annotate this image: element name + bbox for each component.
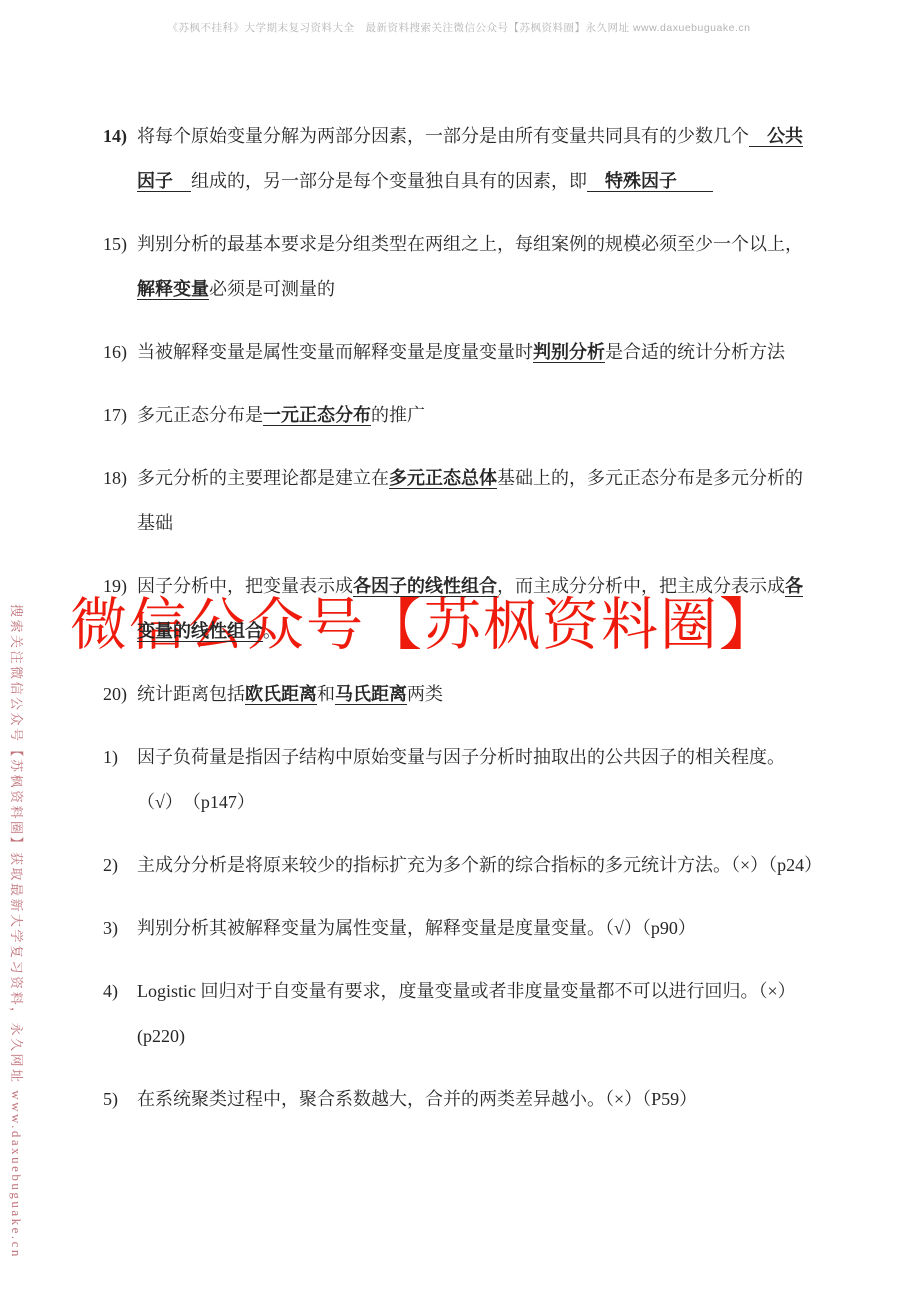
item-number: 20): [103, 672, 137, 717]
item-line: 判别分析的最基本要求是分组类型在两组之上，每组案例的规模必须至少一个以上，: [137, 222, 843, 267]
item-body: 判别分析的最基本要求是分组类型在两组之上，每组案例的规模必须至少一个以上，解释变…: [137, 222, 843, 312]
key-term: 解释变量: [137, 279, 209, 299]
item-number: 3): [103, 906, 137, 951]
key-term: 马氏距离: [335, 684, 407, 704]
item-body: Logistic 回归对于自变量有要求，度量变量或者非度量变量都不可以进行回归。…: [137, 969, 843, 1059]
item-body: 统计距离包括欧氏距离和马氏距离两类: [137, 672, 843, 717]
key-term: [677, 171, 713, 191]
list-item: 16)当被解释变量是属性变量而解释变量是度量变量时判别分析是合适的统计分析方法: [103, 330, 843, 375]
item-body: 多元分析的主要理论都是建立在多元正态总体基础上的，多元正态分布是多元分析的基础: [137, 456, 843, 546]
text-run: 在系统聚类过程中，聚合系数越大，合并的两类差异越小。（×）（P59）: [137, 1089, 697, 1109]
item-number: 1): [103, 735, 137, 825]
list-item: 14)将每个原始变量分解为两部分因素，一部分是由所有变量共同具有的少数几个 公共…: [103, 114, 843, 204]
text-run: （√） （p147）: [137, 792, 255, 812]
text-run: 当被解释变量是属性变量而解释变量是度量变量时: [137, 342, 533, 362]
item-body: 判别分析其被解释变量为属性变量，解释变量是度量变量。（√）（p90）: [137, 906, 843, 951]
item-body: 将每个原始变量分解为两部分因素，一部分是由所有变量共同具有的少数几个 公共因子 …: [137, 114, 843, 204]
list-item: 17)多元正态分布是一元正态分布的推广: [103, 393, 843, 438]
item-line: 基础: [137, 501, 843, 546]
item-line: (p220): [137, 1014, 843, 1059]
list-item: 1)因子负荷量是指因子结构中原始变量与因子分析时抽取出的公共因子的相关程度。（√…: [103, 735, 843, 825]
item-number: 4): [103, 969, 137, 1059]
key-term: 一元正态分布: [263, 405, 371, 425]
item-body: 在系统聚类过程中，聚合系数越大，合并的两类差异越小。（×）（P59）: [137, 1077, 843, 1122]
item-line: （√） （p147）: [137, 780, 843, 825]
item-body: 当被解释变量是属性变量而解释变量是度量变量时判别分析是合适的统计分析方法: [137, 330, 843, 375]
key-term: [587, 171, 605, 191]
item-line: 主成分分析是将原来较少的指标扩充为多个新的综合指标的多元统计方法。（×）（p24…: [137, 843, 843, 888]
list-item: 19)因子分析中，把变量表示成各因子的线性组合，而主成分分析中，把主成分表示成各…: [103, 564, 843, 654]
key-term: 因子: [137, 171, 173, 191]
text-run: 和: [317, 684, 335, 704]
text-run: 因子分析中，把变量表示成: [137, 576, 353, 596]
key-term: 各因子的线性组合: [353, 576, 497, 596]
key-term: 变量的线性组合: [137, 621, 263, 641]
key-term: 公共: [767, 126, 803, 146]
item-line: 判别分析其被解释变量为属性变量，解释变量是度量变量。（√）（p90）: [137, 906, 843, 951]
text-run: 基础: [137, 513, 173, 533]
key-term: [749, 126, 767, 146]
text-run: Logistic 回归对于自变量有要求，度量变量或者非度量变量都不可以进行回归。…: [137, 981, 796, 1001]
text-run: 将每个原始变量分解为两部分因素，一部分是由所有变量共同具有的少数几个: [137, 126, 749, 146]
text-run: 是合适的统计分析方法: [605, 342, 785, 362]
list-item: 2)主成分分析是将原来较少的指标扩充为多个新的综合指标的多元统计方法。（×）（p…: [103, 843, 843, 888]
item-line: 因子负荷量是指因子结构中原始变量与因子分析时抽取出的公共因子的相关程度。: [137, 735, 843, 780]
item-line: 因子 组成的，另一部分是每个变量独自具有的因素，即 特殊因子: [137, 159, 843, 204]
header-watermark: 《苏枫不挂科》大学期末复习资料大全 最新资料搜索关注微信公众号【苏枫资料圈】永久…: [0, 20, 918, 35]
item-body: 多元正态分布是一元正态分布的推广: [137, 393, 843, 438]
key-term: 各: [785, 576, 803, 596]
item-line: 变量的线性组合。: [137, 609, 843, 654]
key-term: 多元正态总体: [389, 468, 497, 488]
text-run: 因子负荷量是指因子结构中原始变量与因子分析时抽取出的公共因子的相关程度。: [137, 747, 785, 767]
key-term: 欧氏距离: [245, 684, 317, 704]
item-line: 将每个原始变量分解为两部分因素，一部分是由所有变量共同具有的少数几个 公共: [137, 114, 843, 159]
item-body: 因子分析中，把变量表示成各因子的线性组合，而主成分分析中，把主成分表示成各变量的…: [137, 564, 843, 654]
item-number: 2): [103, 843, 137, 888]
text-run: 多元正态分布是: [137, 405, 263, 425]
text-run: 组成的，另一部分是每个变量独自具有的因素，即: [191, 171, 587, 191]
key-term: 判别分析: [533, 342, 605, 362]
text-run: 判别分析的最基本要求是分组类型在两组之上，每组案例的规模必须至少一个以上，: [137, 234, 803, 254]
item-number: 16): [103, 330, 137, 375]
text-run: 。: [263, 621, 281, 641]
item-line: 因子分析中，把变量表示成各因子的线性组合，而主成分分析中，把主成分表示成各: [137, 564, 843, 609]
item-line: 多元正态分布是一元正态分布的推广: [137, 393, 843, 438]
key-term: 特殊因子: [605, 171, 677, 191]
text-run: 基础上的，多元正态分布是多元分析的: [497, 468, 803, 488]
text-run: ，而主成分分析中，把主成分表示成: [497, 576, 785, 596]
item-body: 因子负荷量是指因子结构中原始变量与因子分析时抽取出的公共因子的相关程度。（√） …: [137, 735, 843, 825]
document-page: { "watermarks": { "header": "《苏枫不挂科》大学期末…: [0, 0, 918, 1298]
text-run: (p220): [137, 1026, 185, 1046]
item-number: 14): [103, 114, 137, 204]
item-number: 15): [103, 222, 137, 312]
item-line: 在系统聚类过程中，聚合系数越大，合并的两类差异越小。（×）（P59）: [137, 1077, 843, 1122]
item-number: 18): [103, 456, 137, 546]
list-item: 18)多元分析的主要理论都是建立在多元正态总体基础上的，多元正态分布是多元分析的…: [103, 456, 843, 546]
item-number: 19): [103, 564, 137, 654]
item-line: Logistic 回归对于自变量有要求，度量变量或者非度量变量都不可以进行回归。…: [137, 969, 843, 1014]
item-line: 当被解释变量是属性变量而解释变量是度量变量时判别分析是合适的统计分析方法: [137, 330, 843, 375]
list-item: 3)判别分析其被解释变量为属性变量，解释变量是度量变量。（√）（p90）: [103, 906, 843, 951]
item-line: 多元分析的主要理论都是建立在多元正态总体基础上的，多元正态分布是多元分析的: [137, 456, 843, 501]
list-item: 5)在系统聚类过程中，聚合系数越大，合并的两类差异越小。（×）（P59）: [103, 1077, 843, 1122]
text-run: 统计距离包括: [137, 684, 245, 704]
text-run: 多元分析的主要理论都是建立在: [137, 468, 389, 488]
item-line: 解释变量必须是可测量的: [137, 267, 843, 312]
text-run: 必须是可测量的: [209, 279, 335, 299]
items-list: 14)将每个原始变量分解为两部分因素，一部分是由所有变量共同具有的少数几个 公共…: [103, 114, 843, 1140]
text-run: 两类: [407, 684, 443, 704]
text-run: 判别分析其被解释变量为属性变量，解释变量是度量变量。（√）（p90）: [137, 918, 696, 938]
side-watermark: 搜索关注微信公众号【苏枫资料圈】获取最新大学复习资料，永久网址 www.daxu…: [8, 604, 27, 1259]
key-term: [173, 171, 191, 191]
list-item: 15)判别分析的最基本要求是分组类型在两组之上，每组案例的规模必须至少一个以上，…: [103, 222, 843, 312]
item-body: 主成分分析是将原来较少的指标扩充为多个新的综合指标的多元统计方法。（×）（p24…: [137, 843, 843, 888]
text-run: 主成分分析是将原来较少的指标扩充为多个新的综合指标的多元统计方法。（×）（p24…: [137, 855, 822, 875]
text-run: 的推广: [371, 405, 425, 425]
list-item: 4)Logistic 回归对于自变量有要求，度量变量或者非度量变量都不可以进行回…: [103, 969, 843, 1059]
item-number: 5): [103, 1077, 137, 1122]
item-number: 17): [103, 393, 137, 438]
list-item: 20)统计距离包括欧氏距离和马氏距离两类: [103, 672, 843, 717]
item-line: 统计距离包括欧氏距离和马氏距离两类: [137, 672, 843, 717]
